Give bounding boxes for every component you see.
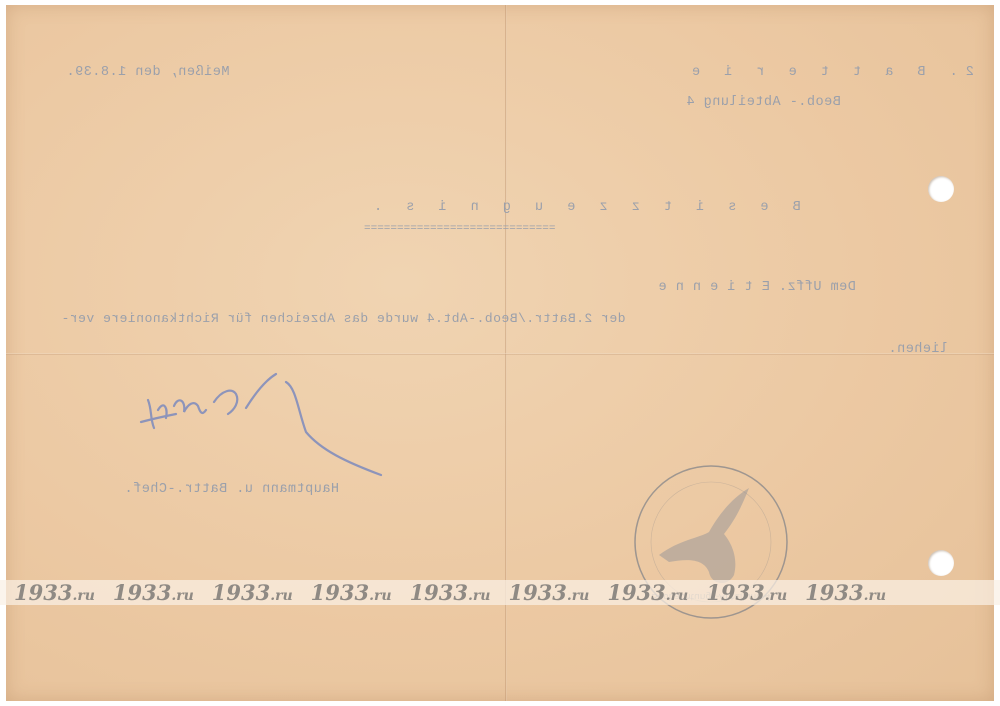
watermark-text: 1933.ru [311,580,392,605]
title-underline: ============================= [364,223,555,235]
document-title: B e s i t z z e u g n i s . [366,200,801,215]
horizontal-fold-line [6,353,994,355]
signature [136,370,386,480]
signatory-title: Hauptmann u. Battr.-Chef. [124,482,339,497]
watermark-band: 1933.ru 1933.ru 1933.ru 1933.ru 1933.ru … [0,580,1000,605]
body-line-1: Dem Uffz. E t i e n n e [658,280,856,295]
place-date: Meißen, den 1.8.39. [66,65,229,80]
watermark-text: 1933.ru [14,580,95,605]
punch-hole-top [928,176,954,202]
watermark-text: 1933.ru [607,580,688,605]
unit-line-2: Beob.- Abteilung 4 [686,95,841,110]
body-line-3: liehen. [888,342,948,357]
watermark-text: 1933.ru [706,580,787,605]
punch-hole-bottom [928,550,954,576]
watermark-text: 1933.ru [805,580,886,605]
unit-line-1: 2. B a t t e r i e [684,65,974,80]
watermark-text: 1933.ru [212,580,293,605]
watermark-text: 1933.ru [410,580,491,605]
body-line-2: der 2.Battr./Beob.-Abt.4 wurde das Abzei… [61,311,626,326]
watermark-text: 1933.ru [508,580,589,605]
watermark-text: 1933.ru [113,580,194,605]
